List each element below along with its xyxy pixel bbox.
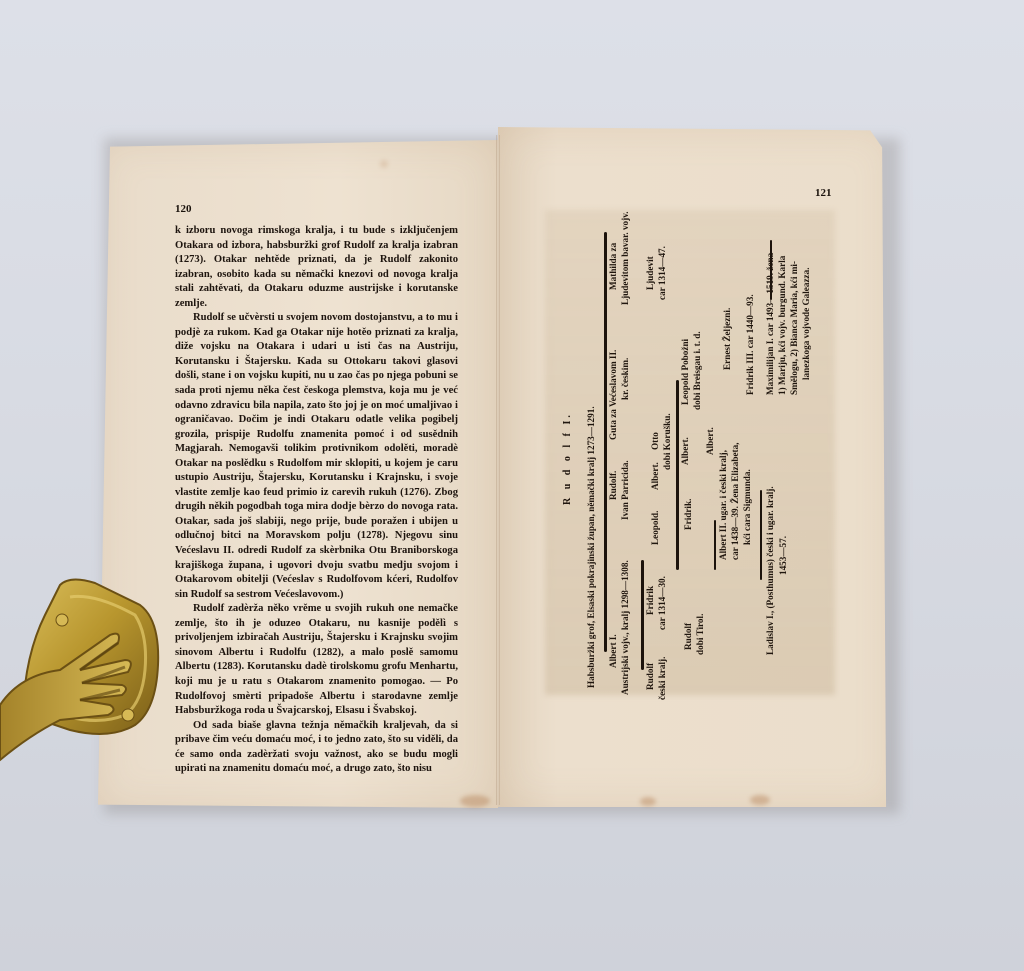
foxing-stain — [380, 160, 388, 168]
entry-ivan: Ivan Parricida. — [620, 460, 631, 520]
paragraph: Rudolf zadèrža něko vrěme u svojih rukuh… — [175, 602, 458, 718]
entry-ljudevit: Ljudevit — [645, 256, 656, 290]
genealogy-title: R u d o l f I. — [562, 412, 573, 505]
entry-rudolf-son: Rudolf. — [608, 471, 619, 500]
genealogy-root: Habsburžki grof, Elsaski pokrajinski žup… — [586, 406, 597, 688]
entry-rudolf-tirol-2: dobi Tirol. — [695, 614, 706, 655]
paragraph: k izboru novoga rimskoga kralja, i tu bu… — [175, 224, 458, 311]
entry-albert-d: Albert. — [705, 427, 716, 455]
entry-otto-2: dobi Korušku. — [662, 413, 673, 470]
left-page-body: k izboru novoga rimskoga kralja, i tu bu… — [175, 224, 458, 777]
entry-leopold-pobozni: Leopold Pobožni — [680, 339, 691, 405]
tree-brace — [641, 560, 644, 670]
entry-maximilijan: Maximilijan I. car 1493—1519. žena — [765, 253, 776, 395]
entry-albert-b: Albert. — [650, 462, 661, 490]
tree-brace — [760, 490, 762, 580]
foxing-stain — [460, 795, 490, 807]
entry-ernest: Ernest Željezni. — [722, 308, 733, 370]
entry-maximilijan-4: lanezkoga vojvode Galeazza. — [801, 267, 812, 380]
entry-albert1: Albert I. — [608, 634, 619, 668]
entry-guta: Guta za Većeslavom II. — [608, 350, 619, 440]
entry-ladislav: Ladislav I., (Posthumus) česki i ugar. k… — [765, 486, 776, 655]
entry-ljudevit-2: car 1314—47. — [657, 246, 668, 300]
entry-albert2-2: car 1438—39. Žena Elizabeta, — [730, 443, 741, 560]
page-number-right: 121 — [815, 187, 832, 199]
foxing-stain — [750, 795, 770, 805]
entry-albert-c: Albert. — [680, 437, 691, 465]
book-spine — [496, 135, 500, 805]
entry-rudolf-ceski-2: česki kralj. — [657, 657, 668, 700]
entry-leopold-pobozni-2: dobi Breisgau i. t. d. — [692, 331, 703, 410]
entry-fridrik-car-2: car 1314—30. — [657, 576, 668, 630]
entry-otto: Otto — [650, 432, 661, 450]
page-number-left: 120 — [175, 203, 192, 215]
foxing-stain — [640, 797, 656, 806]
entry-mathilda: Mathilda za — [608, 243, 619, 290]
entry-guta-2: kr. českim. — [620, 358, 631, 400]
entry-mathilda-2: Ljudevitom bavar. vojv. — [620, 211, 631, 305]
entry-rudolf-ceski: Rudolf — [645, 663, 656, 690]
entry-albert2: Albert II. ugar. i česki kralj, — [718, 450, 729, 560]
entry-leopold: Leopold. — [650, 511, 661, 545]
tree-brace — [604, 232, 607, 652]
paragraph: Rudolf se učvèrsti u svojem novom dostoj… — [175, 311, 458, 602]
entry-ladislav-2: 1453—57. — [778, 536, 789, 575]
entry-fridrik3: Fridrik III. car 1440—93. — [745, 294, 756, 395]
paragraph: Od sada biaše glavna težnja němačkih kra… — [175, 719, 458, 777]
tree-brace — [714, 520, 716, 570]
entry-fridrik: Fridrik. — [683, 499, 694, 530]
entry-maximilijan-2: 1) Mariju, kći vojv. burgund. Karla — [777, 256, 788, 395]
entry-fridrik-car: Fridrik — [645, 586, 656, 615]
tree-brace — [676, 380, 679, 570]
entry-maximilijan-3: Smělogu, 2) Bianca Maria, kći mi- — [789, 261, 800, 395]
brass-hand-clip-icon — [0, 575, 165, 775]
entry-albert1-title: Austrijski vojv., kralj 1298—1308. — [620, 560, 631, 695]
entry-albert2-3: kći cara Sigmunda. — [742, 469, 753, 545]
entry-rudolf-tirol: Rudolf — [683, 623, 694, 650]
